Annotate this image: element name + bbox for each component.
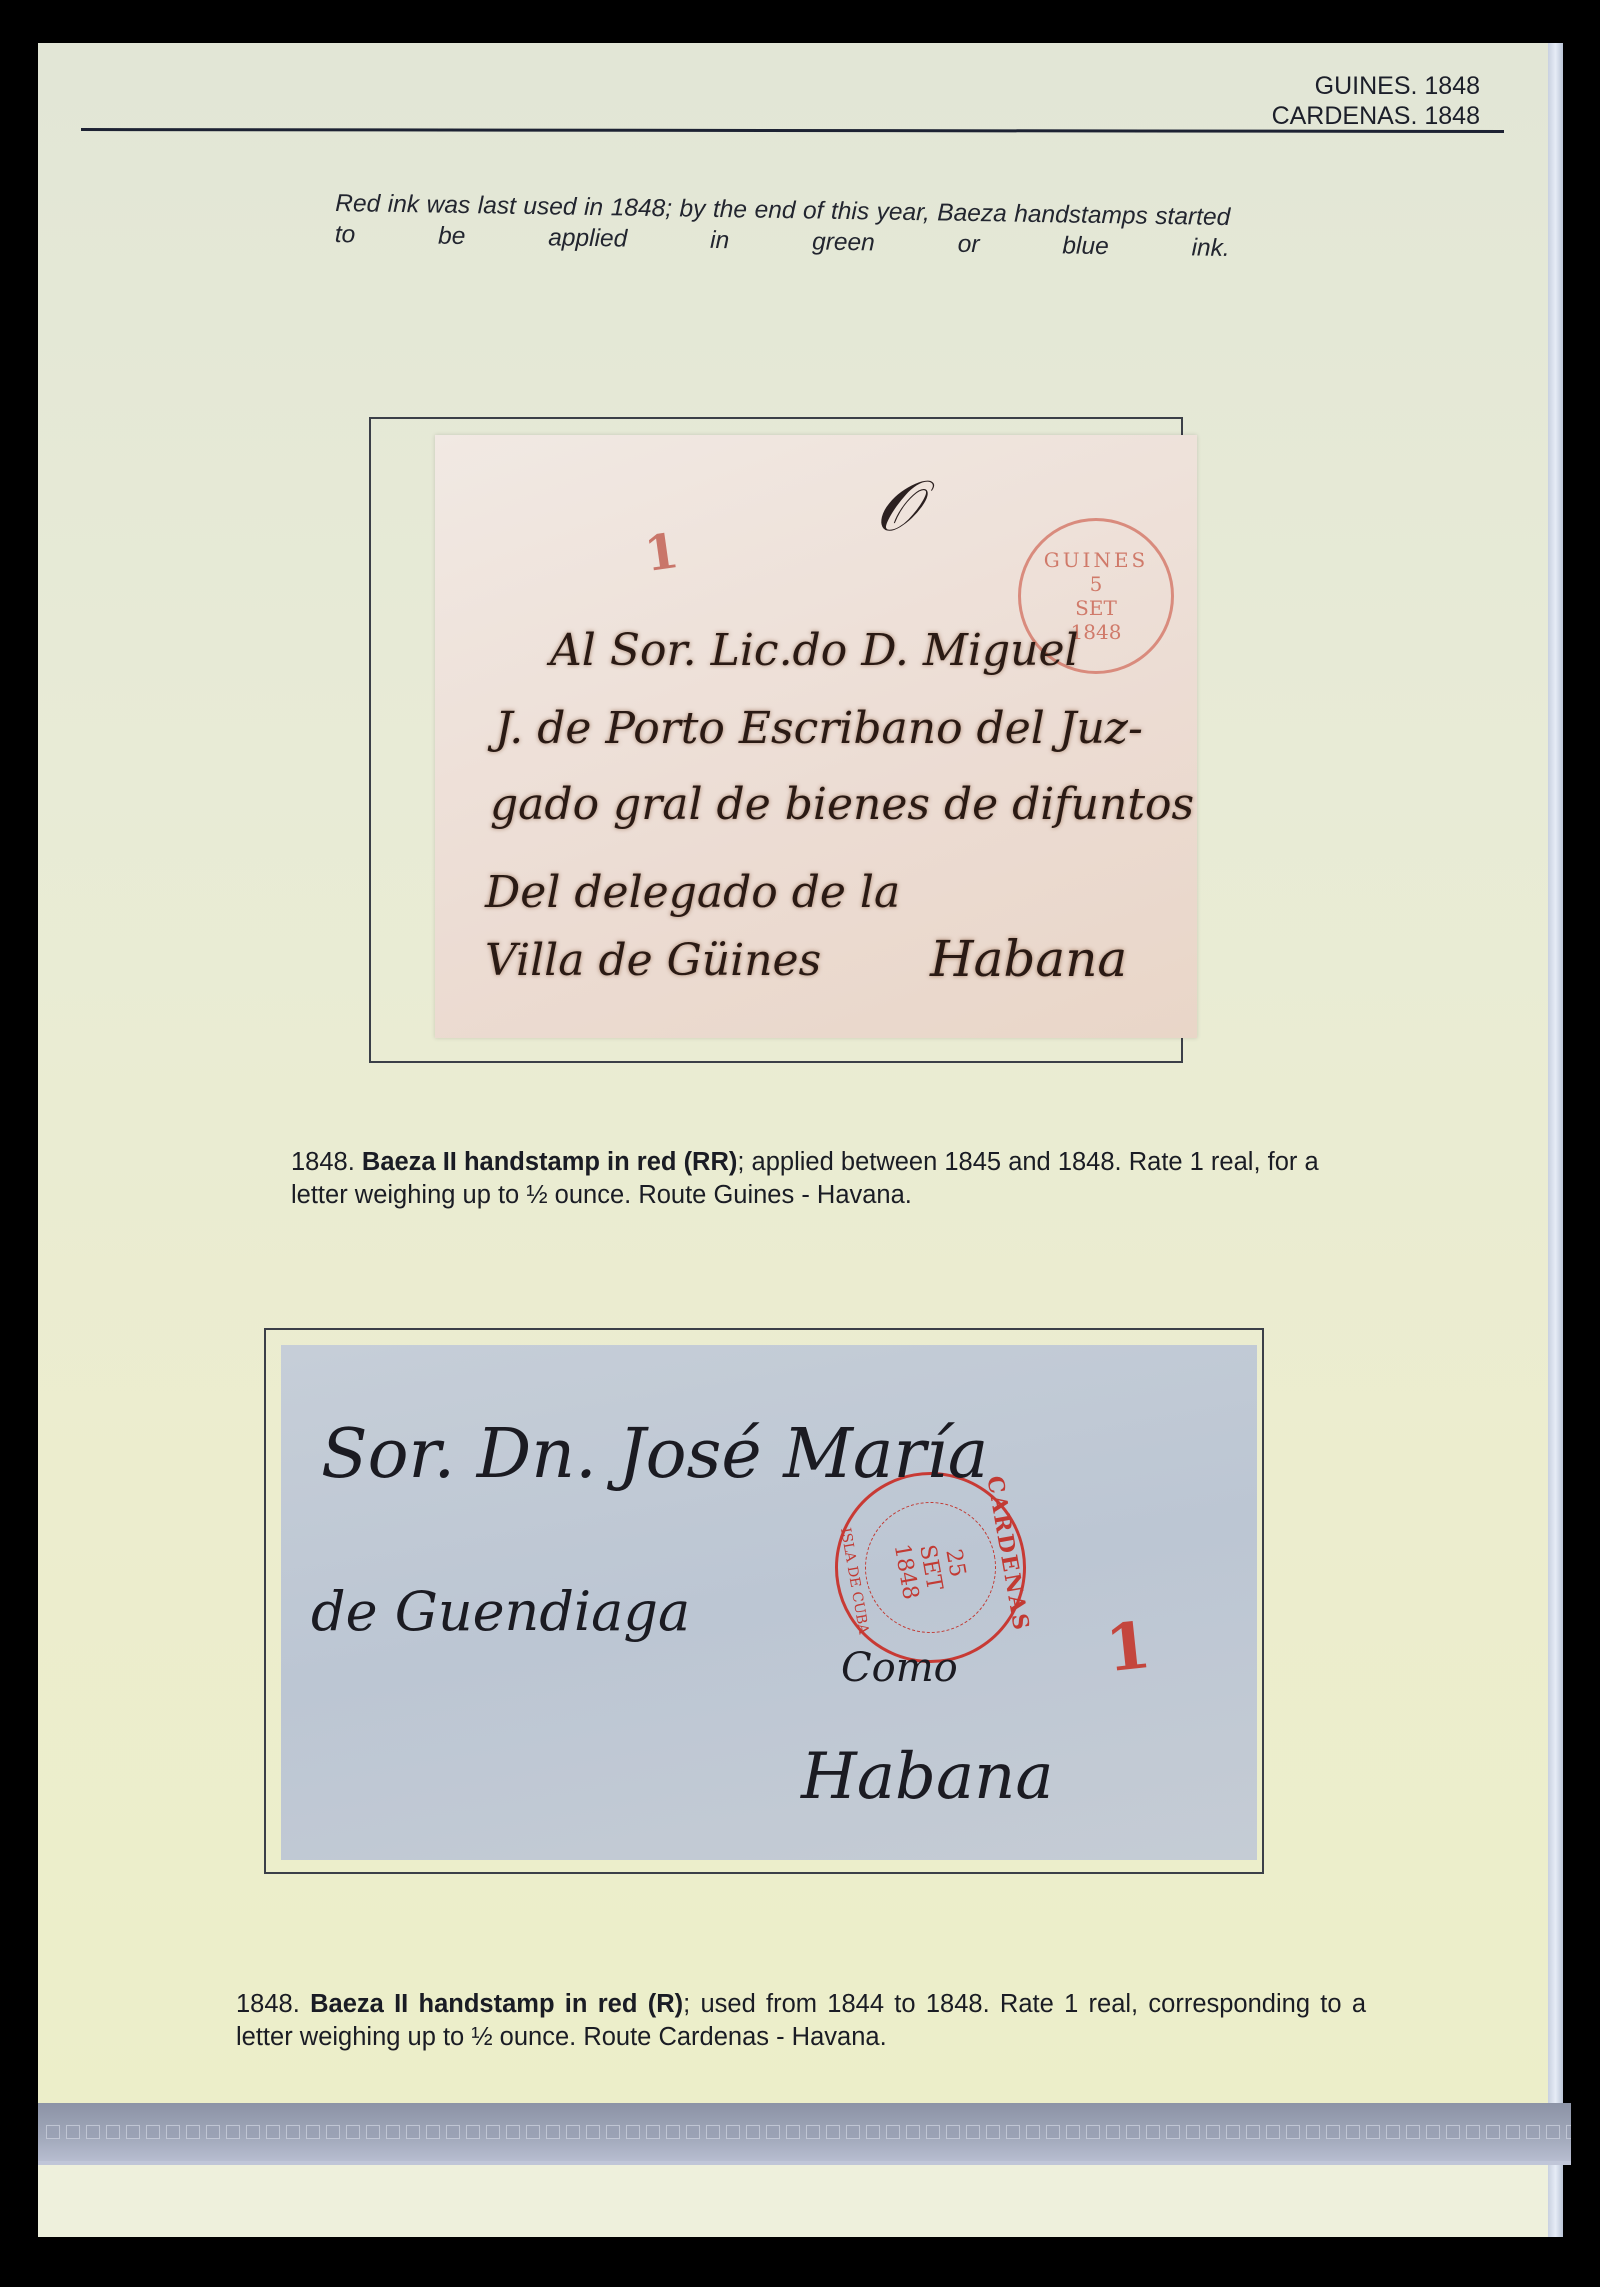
sleeve-perforation	[886, 2125, 900, 2139]
postmark-day: 5	[1090, 572, 1103, 596]
address-line: Al Sor. Lic.do D. Miguel	[550, 625, 1079, 676]
sleeve-perforation	[986, 2125, 1000, 2139]
postmark-day: 25	[940, 1547, 969, 1579]
sleeve-perforation	[546, 2125, 560, 2139]
address-line: Del delegado de la	[485, 867, 900, 918]
page-header: GUINES. 1848 CARDENAS. 1848	[1272, 71, 1480, 131]
destination: Habana	[930, 930, 1127, 988]
sleeve-perforation	[46, 2125, 60, 2139]
address-line: gado gral de bienes de difuntos	[490, 779, 1194, 830]
sleeve-perforation	[626, 2125, 640, 2139]
sleeve-perforation	[746, 2125, 760, 2139]
sleeve-perforation	[646, 2125, 660, 2139]
sleeve-perforation	[1526, 2125, 1540, 2139]
header-rule	[81, 128, 1504, 133]
sleeve-perforation	[1326, 2125, 1340, 2139]
sleeve-perforation	[166, 2125, 180, 2139]
sleeve-perforation	[1206, 2125, 1220, 2139]
sleeve-perforation	[866, 2125, 880, 2139]
address-line: J. de Porto Escribano del Juz-	[495, 703, 1143, 754]
sleeve-perforation	[1006, 2125, 1020, 2139]
destination: Habana	[801, 1740, 1053, 1814]
sleeve-perforation	[1166, 2125, 1180, 2139]
sleeve-perforation	[1386, 2125, 1400, 2139]
handwriting-rate-scrawl: 𝒪	[875, 465, 919, 548]
caption-highlight: Baeza II handstamp in red (RR)	[362, 1148, 737, 1176]
sleeve-perforation	[1246, 2125, 1260, 2139]
sleeve-perforation	[1046, 2125, 1060, 2139]
sleeve-perforation	[1266, 2125, 1280, 2139]
address-line: de Guendiaga	[311, 1580, 690, 1643]
sleeve-perforation	[1186, 2125, 1200, 2139]
sleeve-perforation	[786, 2125, 800, 2139]
address-line: Como	[841, 1645, 958, 1691]
album-page: GUINES. 1848 CARDENAS. 1848 Red ink was …	[38, 43, 1550, 2103]
sleeve-perforation	[106, 2125, 120, 2139]
cover-cardenas: CARDENAS 25 SET 1848 ISLA DE CUBA 1 Sor.…	[281, 1345, 1257, 1860]
sleeve-perforation	[766, 2125, 780, 2139]
sleeve-perforation	[286, 2125, 300, 2139]
sleeve-perforation	[806, 2125, 820, 2139]
sleeve-perforation	[1126, 2125, 1140, 2139]
sleeve-perforation	[1066, 2125, 1080, 2139]
postmark-date-ring: 25 SET 1848	[854, 1491, 1006, 1643]
sleeve-perforation	[1566, 2125, 1571, 2139]
sleeve-perforation	[466, 2125, 480, 2139]
sleeve-perforation	[1506, 2125, 1520, 2139]
sleeve-perforation	[946, 2125, 960, 2139]
sleeve-perforation	[146, 2125, 160, 2139]
caption-cardenas: 1848. Baeza II handstamp in red (R); use…	[236, 1988, 1366, 2054]
sleeve-perforation	[566, 2125, 580, 2139]
sleeve-perforation	[306, 2125, 320, 2139]
rate-mark-1-real: 1	[1102, 1608, 1154, 1687]
sleeve-perforation	[86, 2125, 100, 2139]
sleeve-perforation	[926, 2125, 940, 2139]
sleeve-perforation	[666, 2125, 680, 2139]
caption-year: 1848.	[291, 1148, 355, 1176]
intro-text: Red ink was last used in 1848; by the en…	[335, 188, 1231, 264]
sleeve-perforation	[906, 2125, 920, 2139]
sleeve-perforation	[446, 2125, 460, 2139]
rate-mark-1-real: 1	[641, 523, 682, 583]
sleeve-perforation	[1346, 2125, 1360, 2139]
sleeve-perforation	[1026, 2125, 1040, 2139]
postmark-month: SET	[1075, 596, 1117, 620]
sleeve-perforation	[1106, 2125, 1120, 2139]
sleeve-perforation	[426, 2125, 440, 2139]
sleeve-perforation	[606, 2125, 620, 2139]
sleeve-perforation	[1426, 2125, 1440, 2139]
sleeve-edge-right	[1548, 43, 1563, 2237]
sleeve-perforation	[826, 2125, 840, 2139]
sleeve-perforation	[1546, 2125, 1560, 2139]
sleeve-perforation	[186, 2125, 200, 2139]
sleeve-perforation	[1466, 2125, 1480, 2139]
address-line: Sor. Dn. José María	[321, 1415, 988, 1494]
sleeve-perforation	[486, 2125, 500, 2139]
sleeve-perforation	[1146, 2125, 1160, 2139]
header-line-cardenas: CARDENAS. 1848	[1272, 101, 1480, 131]
sleeve-perforation	[1486, 2125, 1500, 2139]
sleeve-perforation	[526, 2125, 540, 2139]
cover-guines: GUINES 5 SET 1848 1 𝒪 Al Sor. Lic.do D. …	[435, 435, 1197, 1038]
sleeve-perforation	[246, 2125, 260, 2139]
sleeve-perforation	[506, 2125, 520, 2139]
sleeve-perforation	[1446, 2125, 1460, 2139]
sleeve-perforation	[686, 2125, 700, 2139]
caption-highlight: Baeza II handstamp in red (R)	[310, 1990, 683, 2018]
postmark-town: GUINES	[1044, 548, 1149, 572]
sleeve-perforation	[386, 2125, 400, 2139]
sleeve-perforation	[226, 2125, 240, 2139]
sleeve-perforation	[126, 2125, 140, 2139]
header-line-guines: GUINES. 1848	[1272, 71, 1480, 101]
sleeve-perforation	[586, 2125, 600, 2139]
sleeve-perforation	[366, 2125, 380, 2139]
caption-year: 1848.	[236, 1990, 300, 2018]
sleeve-perforation	[966, 2125, 980, 2139]
sleeve-perforation	[1306, 2125, 1320, 2139]
sleeve-perforation	[1086, 2125, 1100, 2139]
sleeve-perforation	[846, 2125, 860, 2139]
sleeve-perforation	[1366, 2125, 1380, 2139]
sleeve-perforation	[1406, 2125, 1420, 2139]
sleeve-perforation	[706, 2125, 720, 2139]
sleeve-perforation	[326, 2125, 340, 2139]
sleeve-perforation	[206, 2125, 220, 2139]
sleeve-perforation	[66, 2125, 80, 2139]
sleeve-perforation	[406, 2125, 420, 2139]
sleeve-edge-bottom	[38, 2103, 1571, 2165]
sleeve-perforation	[1286, 2125, 1300, 2139]
sleeve-perforation	[1226, 2125, 1240, 2139]
sleeve-perforation	[266, 2125, 280, 2139]
sleeve-perforation	[346, 2125, 360, 2139]
address-line: Villa de Güines	[485, 935, 821, 986]
sleeve-perforation	[726, 2125, 740, 2139]
album-sheet: GUINES. 1848 CARDENAS. 1848 Red ink was …	[38, 43, 1563, 2237]
caption-guines: 1848. Baeza II handstamp in red (RR); ap…	[291, 1146, 1331, 1212]
